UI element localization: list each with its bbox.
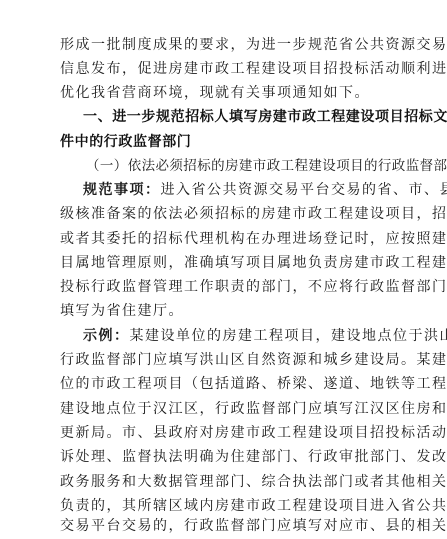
norm-line: 填写为省住建厅。	[60, 301, 406, 321]
intro-line: 形成一批制度成果的要求，为进一步规范省公共资源交易平台	[60, 35, 406, 55]
norm-line: 级核准备案的依法必须招标的房建市政工程建设项目，招标人	[60, 204, 406, 224]
norm-line: 目属地管理原则，准确填写项目属地负责房建市政工程建设招	[60, 253, 406, 273]
example-text: 某建设单位的房建工程项目，建设地点位于洪山区，	[130, 328, 447, 344]
section-heading: 件中的行政监督部门	[60, 132, 406, 152]
intro-line: 优化我省营商环境，现就有关事项通知如下。	[60, 83, 406, 103]
example-line: 建设地点位于汉江区，行政监督部门应填写江汉区住房和城市	[60, 399, 406, 419]
example-line: 位的市政工程项目（包括道路、桥梁、遂道、地铁等工程），	[60, 374, 406, 394]
norm-paragraph-first-line: 规范事项：进入省公共资源交易平台交易的省、市、县三	[83, 180, 406, 200]
section-heading: 一、进一步规范招标人填写房建市政工程建设项目招标文	[83, 107, 406, 127]
example-label: 示例：	[83, 328, 130, 344]
example-line: 政务服务和大数据管理部门、综合执法部门或者其他相关部门	[60, 472, 406, 492]
norm-text: 进入省公共资源交易平台交易的省、市、县三	[161, 182, 447, 198]
intro-line: 信息发布，促进房建市政工程建设项目招投标活动顺利进行，	[60, 59, 406, 79]
norm-label: 规范事项：	[83, 182, 161, 198]
example-paragraph-first-line: 示例：某建设单位的房建工程项目，建设地点位于洪山区，	[83, 326, 406, 346]
document-page: 形成一批制度成果的要求，为进一步规范省公共资源交易平台 信息发布，促进房建市政工…	[0, 0, 447, 539]
subsection-heading: （一）依法必须招标的房建市政工程建设项目的行政监督部门	[86, 156, 406, 176]
example-line: 诉处理、监督执法明确为住建部门、行政审批部门、发改部门、	[60, 447, 406, 467]
norm-line: 投标行政监督管理工作职责的部门，不应将行政监督部门笼统	[60, 277, 406, 297]
example-line: 负责的，其所辖区域内房建市政工程建设项目进入省公共资源	[60, 496, 406, 516]
example-line: 更新局。市、县政府对房建市政工程建设项目招投标活动的投	[60, 423, 406, 443]
norm-line: 或者其委托的招标代理机构在办理进场登记时，应按照建设项	[60, 229, 406, 249]
example-line: 行政监督部门应填写洪山区自然资源和城乡建设局。某建设单	[60, 350, 406, 370]
example-line: 交易平台交易的，行政监督部门应填写对应市、县的相关监督	[60, 516, 406, 536]
